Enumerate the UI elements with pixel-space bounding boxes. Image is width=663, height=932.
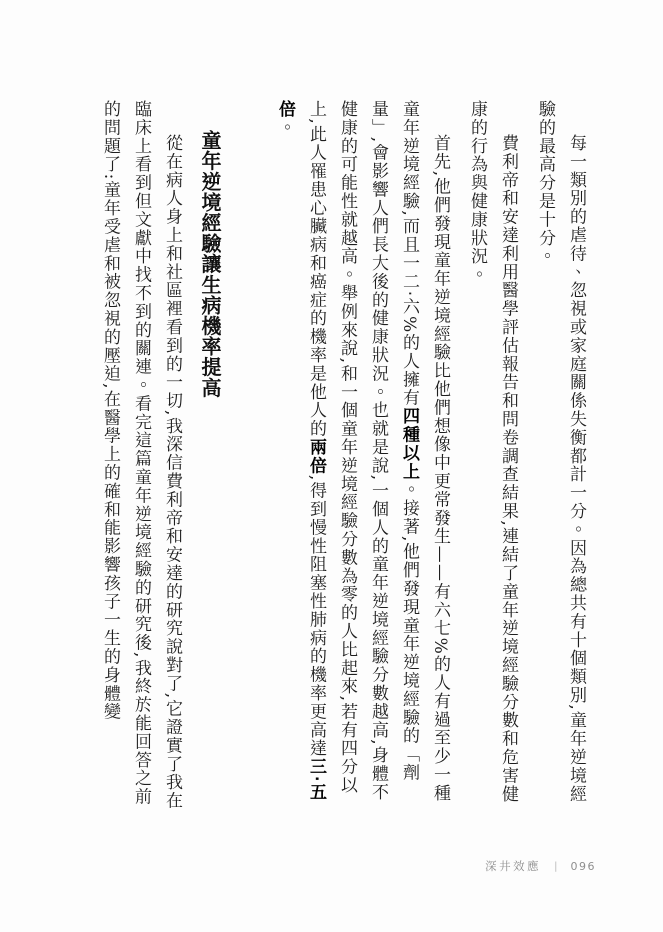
page-footer: 深井效應 | 096 [485,858,596,874]
vertical-text-area: 每一類別的虐待、忽視或家庭關係失衡都計一分。因為總共有十個類別,童年逆境經驗的最… [94,100,591,816]
paragraph-study-findings: 首先,他們發現童年逆境經驗比他們想像中更常發生——有六七%的人有過至少一種童年逆… [269,100,455,816]
paragraph-study-method: 費利帝和安達利用醫學評估報告和問卷調查結果,連結了童年逆境經驗分數和危害健康的行… [461,100,523,816]
book-page: 每一類別的虐待、忽視或家庭關係失衡都計一分。因為總共有十個類別,童年逆境經驗的最… [0,0,663,932]
footer-divider: | [554,861,557,872]
section-heading: 童年逆境經驗讓生病機率提高 [192,100,228,816]
book-title-label: 深井效應 [485,858,541,874]
paragraph-ace-scoring: 每一類別的虐待、忽視或家庭關係失衡都計一分。因為總共有十個類別,童年逆境經驗的最… [529,100,591,816]
paragraph-author-reflection: 從在病人身上和社區裡看到的一切,我深信費利帝和安達的研究說對了,它證實了我在臨床… [94,100,187,816]
page-number: 096 [571,860,597,873]
